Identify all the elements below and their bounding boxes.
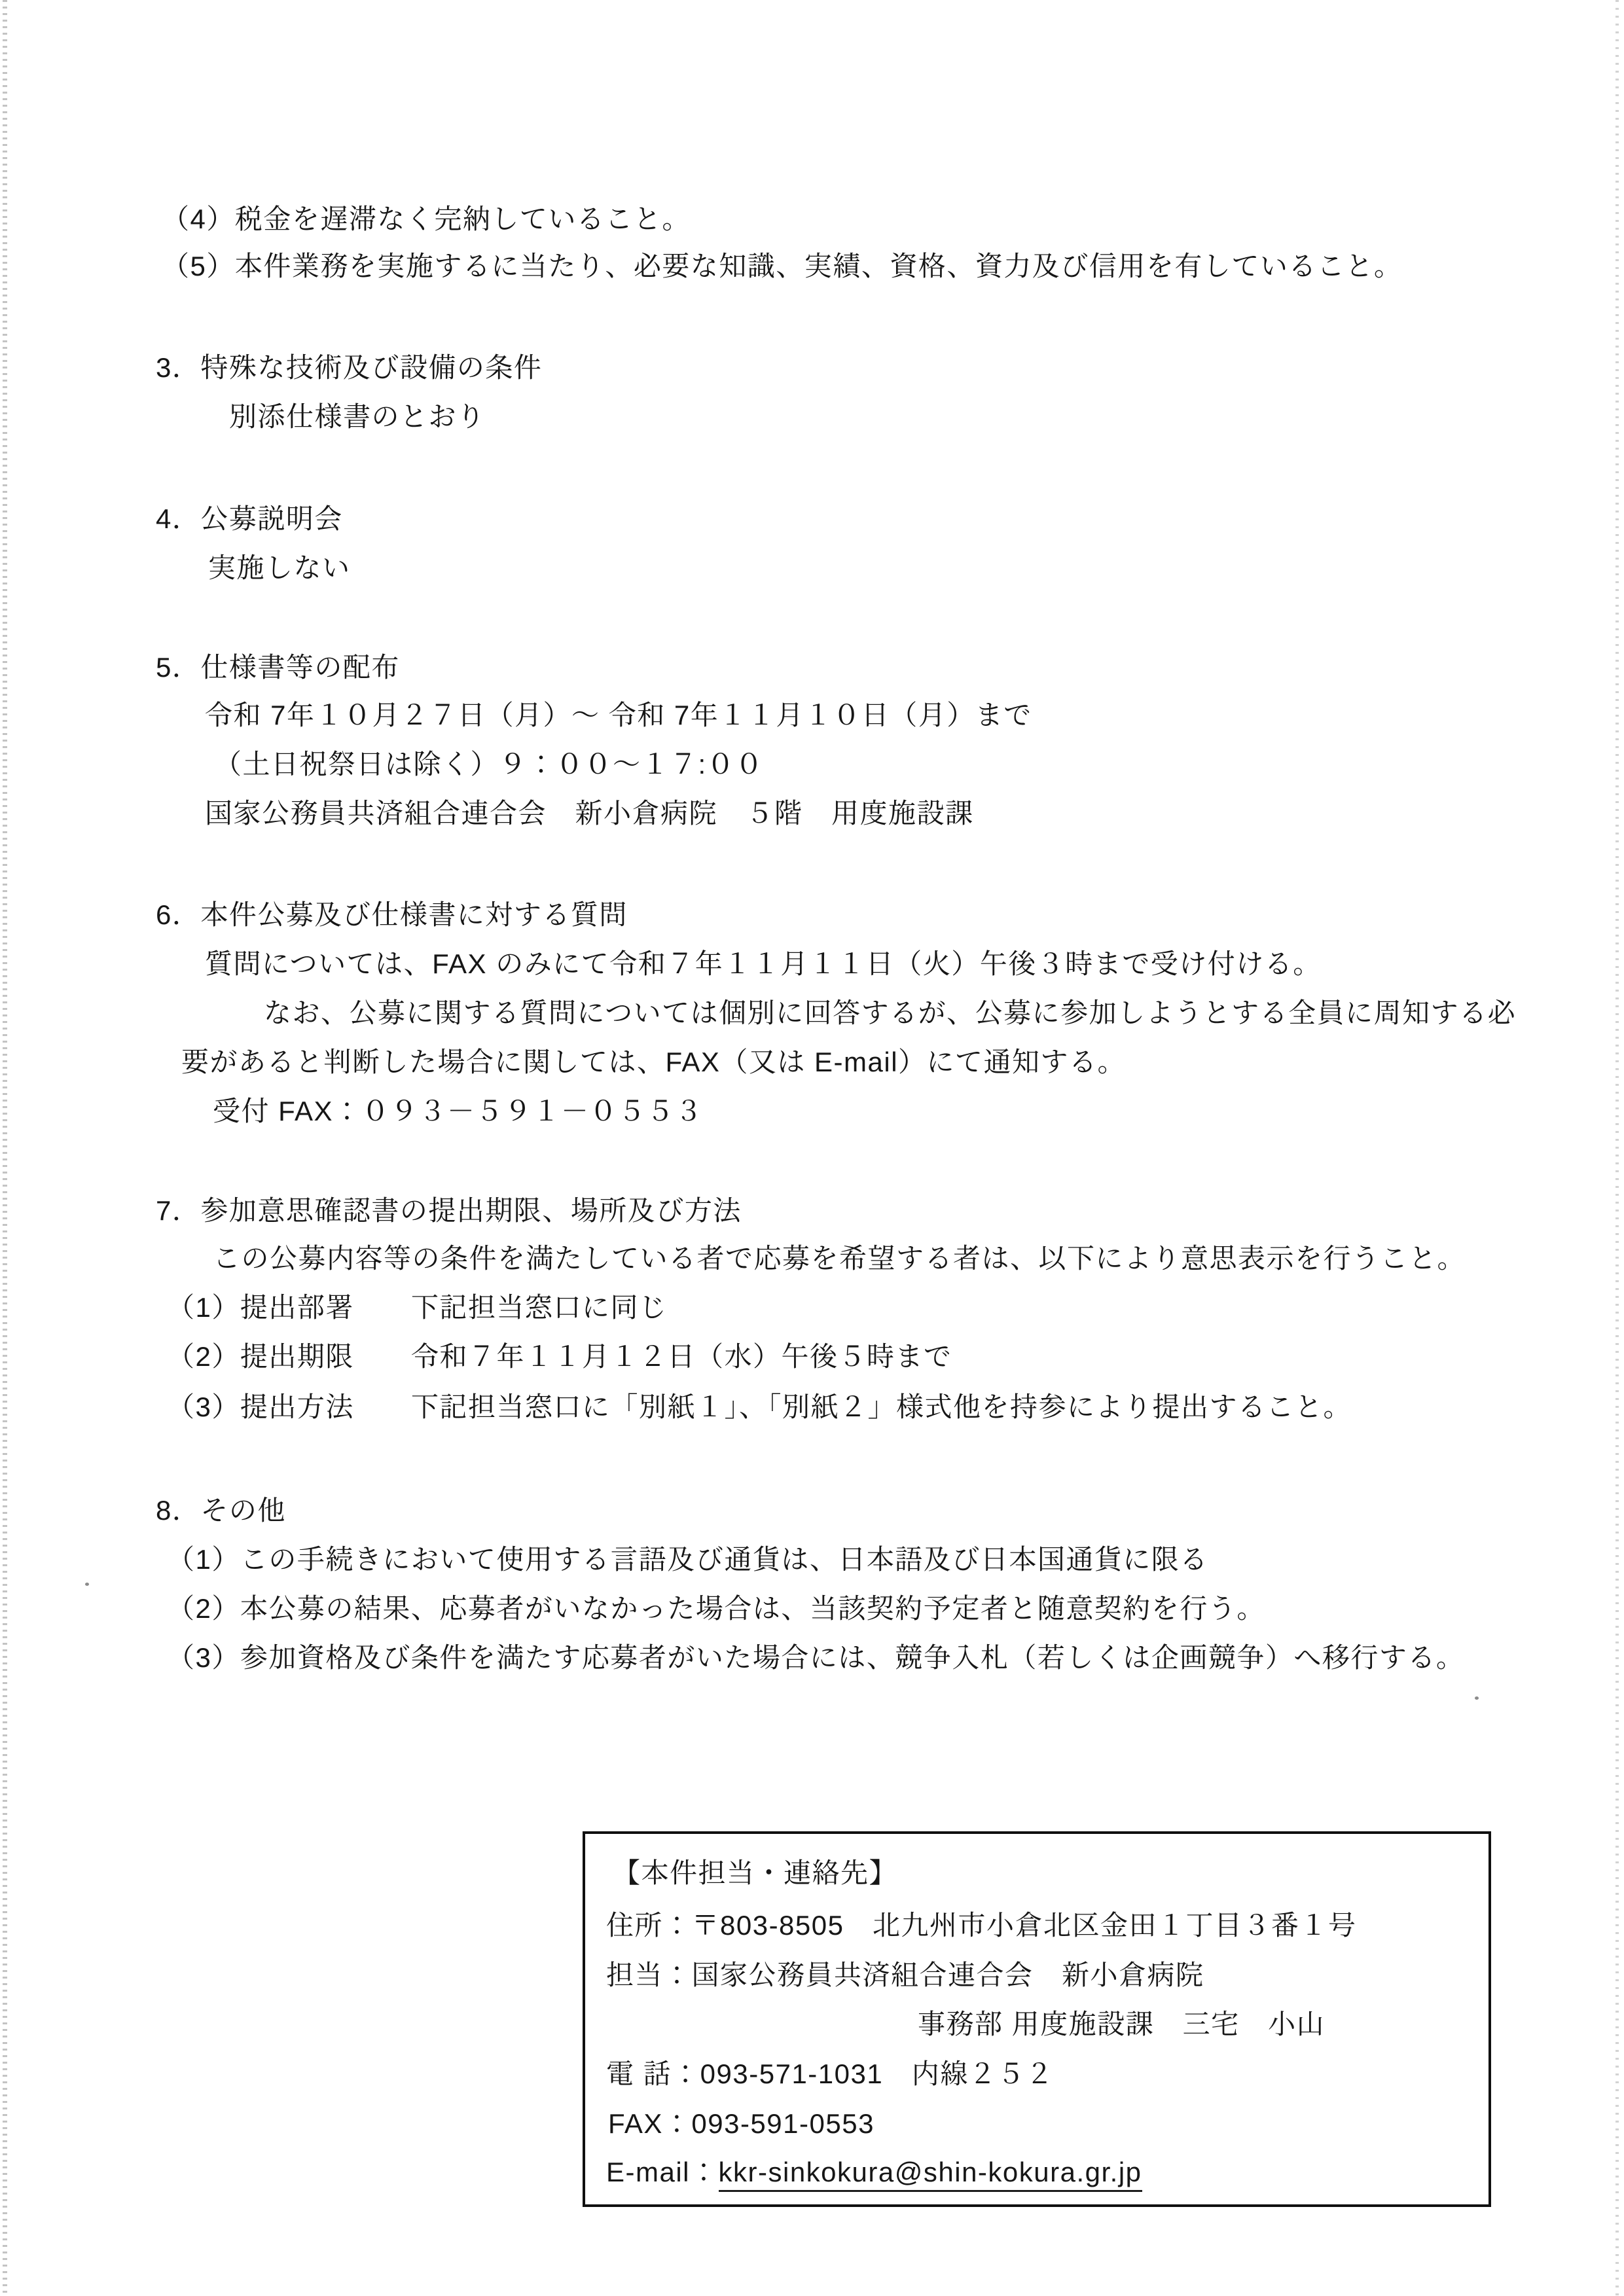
section-6-line-2: なお、公募に関する質問については個別に回答するが、公募に参加しようとする全員に周… bbox=[264, 994, 1516, 1033]
section-5-location: 国家公務員共済組合連合会 新小倉病院 ５階 用度施設課 bbox=[205, 794, 974, 833]
section-5-heading: 5．仕様書等の配布 bbox=[156, 648, 400, 687]
section-4-body: 実施しない bbox=[208, 548, 351, 588]
contact-department-staff: 事務部 用度施設課 三宅 小山 bbox=[918, 2005, 1325, 2044]
contact-email: E-mail：kkr-sinkokura@shin-kokura.gr.jp bbox=[606, 2153, 1142, 2192]
section-5-distribution-period: 令和 7年１０月２７日（月）～ 令和 7年１１月１０日（月）まで bbox=[205, 696, 1032, 735]
section-7-item-2-text: 令和７年１１月１２日（水）午後５時まで bbox=[411, 1341, 952, 1372]
item-5: （5）本件業務を実施するに当たり、必要な知識、実績、資格、資力及び信用を有してい… bbox=[162, 247, 1402, 286]
contact-fax: FAX：093-591-0553 bbox=[608, 2104, 875, 2144]
section-7-item-2: （2）提出期限令和７年１１月１２日（水）午後５時まで bbox=[167, 1337, 952, 1376]
scan-speck bbox=[1475, 1696, 1479, 1700]
scanned-document-page: （4）税金を遅滞なく完納していること。 （5）本件業務を実施するに当たり、必要な… bbox=[0, 0, 1624, 2296]
section-6-line-3: 要があると判断した場合に関しては、FAX（又は E-mail）にて通知する。 bbox=[181, 1043, 1126, 1082]
contact-box-title: 【本件担当・連絡先】 bbox=[613, 1854, 897, 1893]
contact-phone: 電 話：093-571-1031 内線２５２ bbox=[606, 2054, 1054, 2094]
section-8-item-1: （1）この手続きにおいて使用する言語及び通貨は、日本語及び日本国通貨に限る bbox=[167, 1540, 1208, 1579]
section-7-item-3-label: （3）提出方法 bbox=[167, 1388, 411, 1427]
section-5-hours: （土日祝祭日は除く）９：００～１７:００ bbox=[214, 745, 764, 784]
section-6-line-1: 質問については、FAX のみにて令和７年１１月１１日（火）午後３時まで受け付ける… bbox=[205, 944, 1322, 984]
section-8-item-3: （3）参加資格及び条件を満たす応募者がいた場合には、競争入札（若しくは企画競争）… bbox=[167, 1638, 1464, 1677]
section-6-heading: 6．本件公募及び仕様書に対する質問 bbox=[156, 895, 628, 935]
section-3-body: 別添仕様書のとおり bbox=[229, 397, 486, 437]
contact-department: 担当：国家公務員共済組合連合会 新小倉病院 bbox=[606, 1956, 1204, 1995]
section-7-item-3-text: 下記担当窓口に「別紙１」、「別紙２」様式他を持参により提出すること。 bbox=[411, 1391, 1352, 1422]
contact-box: 【本件担当・連絡先】 住所：〒803-8505 北九州市小倉北区金田１丁目３番１… bbox=[583, 1831, 1491, 2207]
scan-artifact-left-edge bbox=[3, 0, 7, 2296]
section-7-heading: 7．参加意思確認書の提出期限、場所及び方法 bbox=[156, 1191, 742, 1230]
section-6-reception-fax: 受付 FAX：０９３－５９１－０５５３ bbox=[213, 1092, 704, 1131]
section-7-item-1-text: 下記担当窓口に同じ bbox=[411, 1292, 668, 1323]
contact-email-label: E-mail： bbox=[606, 2157, 719, 2187]
section-7-intro: この公募内容等の条件を満たしている者で応募を希望する者は、以下により意思表示を行… bbox=[213, 1239, 1466, 1278]
section-7-item-3: （3）提出方法下記担当窓口に「別紙１」、「別紙２」様式他を持参により提出すること… bbox=[167, 1388, 1352, 1427]
scan-artifact-right-edge bbox=[1615, 0, 1619, 2296]
section-8-item-2: （2）本公募の結果、応募者がいなかった場合は、当該契約予定者と随意契約を行う。 bbox=[167, 1589, 1265, 1628]
contact-email-address: kkr-sinkokura@shin-kokura.gr.jp bbox=[719, 2157, 1142, 2192]
section-7-item-1: （1）提出部署下記担当窓口に同じ bbox=[167, 1288, 668, 1327]
scan-speck bbox=[85, 1583, 89, 1586]
section-4-heading: 4．公募説明会 bbox=[156, 499, 343, 539]
section-7-item-2-label: （2）提出期限 bbox=[167, 1337, 411, 1376]
item-4: （4）税金を遅滞なく完納していること。 bbox=[162, 200, 691, 239]
section-3-heading: 3．特殊な技術及び設備の条件 bbox=[156, 348, 542, 387]
section-8-heading: 8．その他 bbox=[156, 1491, 286, 1530]
contact-address: 住所：〒803-8505 北九州市小倉北区金田１丁目３番１号 bbox=[606, 1906, 1357, 1945]
section-7-item-1-label: （1）提出部署 bbox=[167, 1288, 411, 1327]
